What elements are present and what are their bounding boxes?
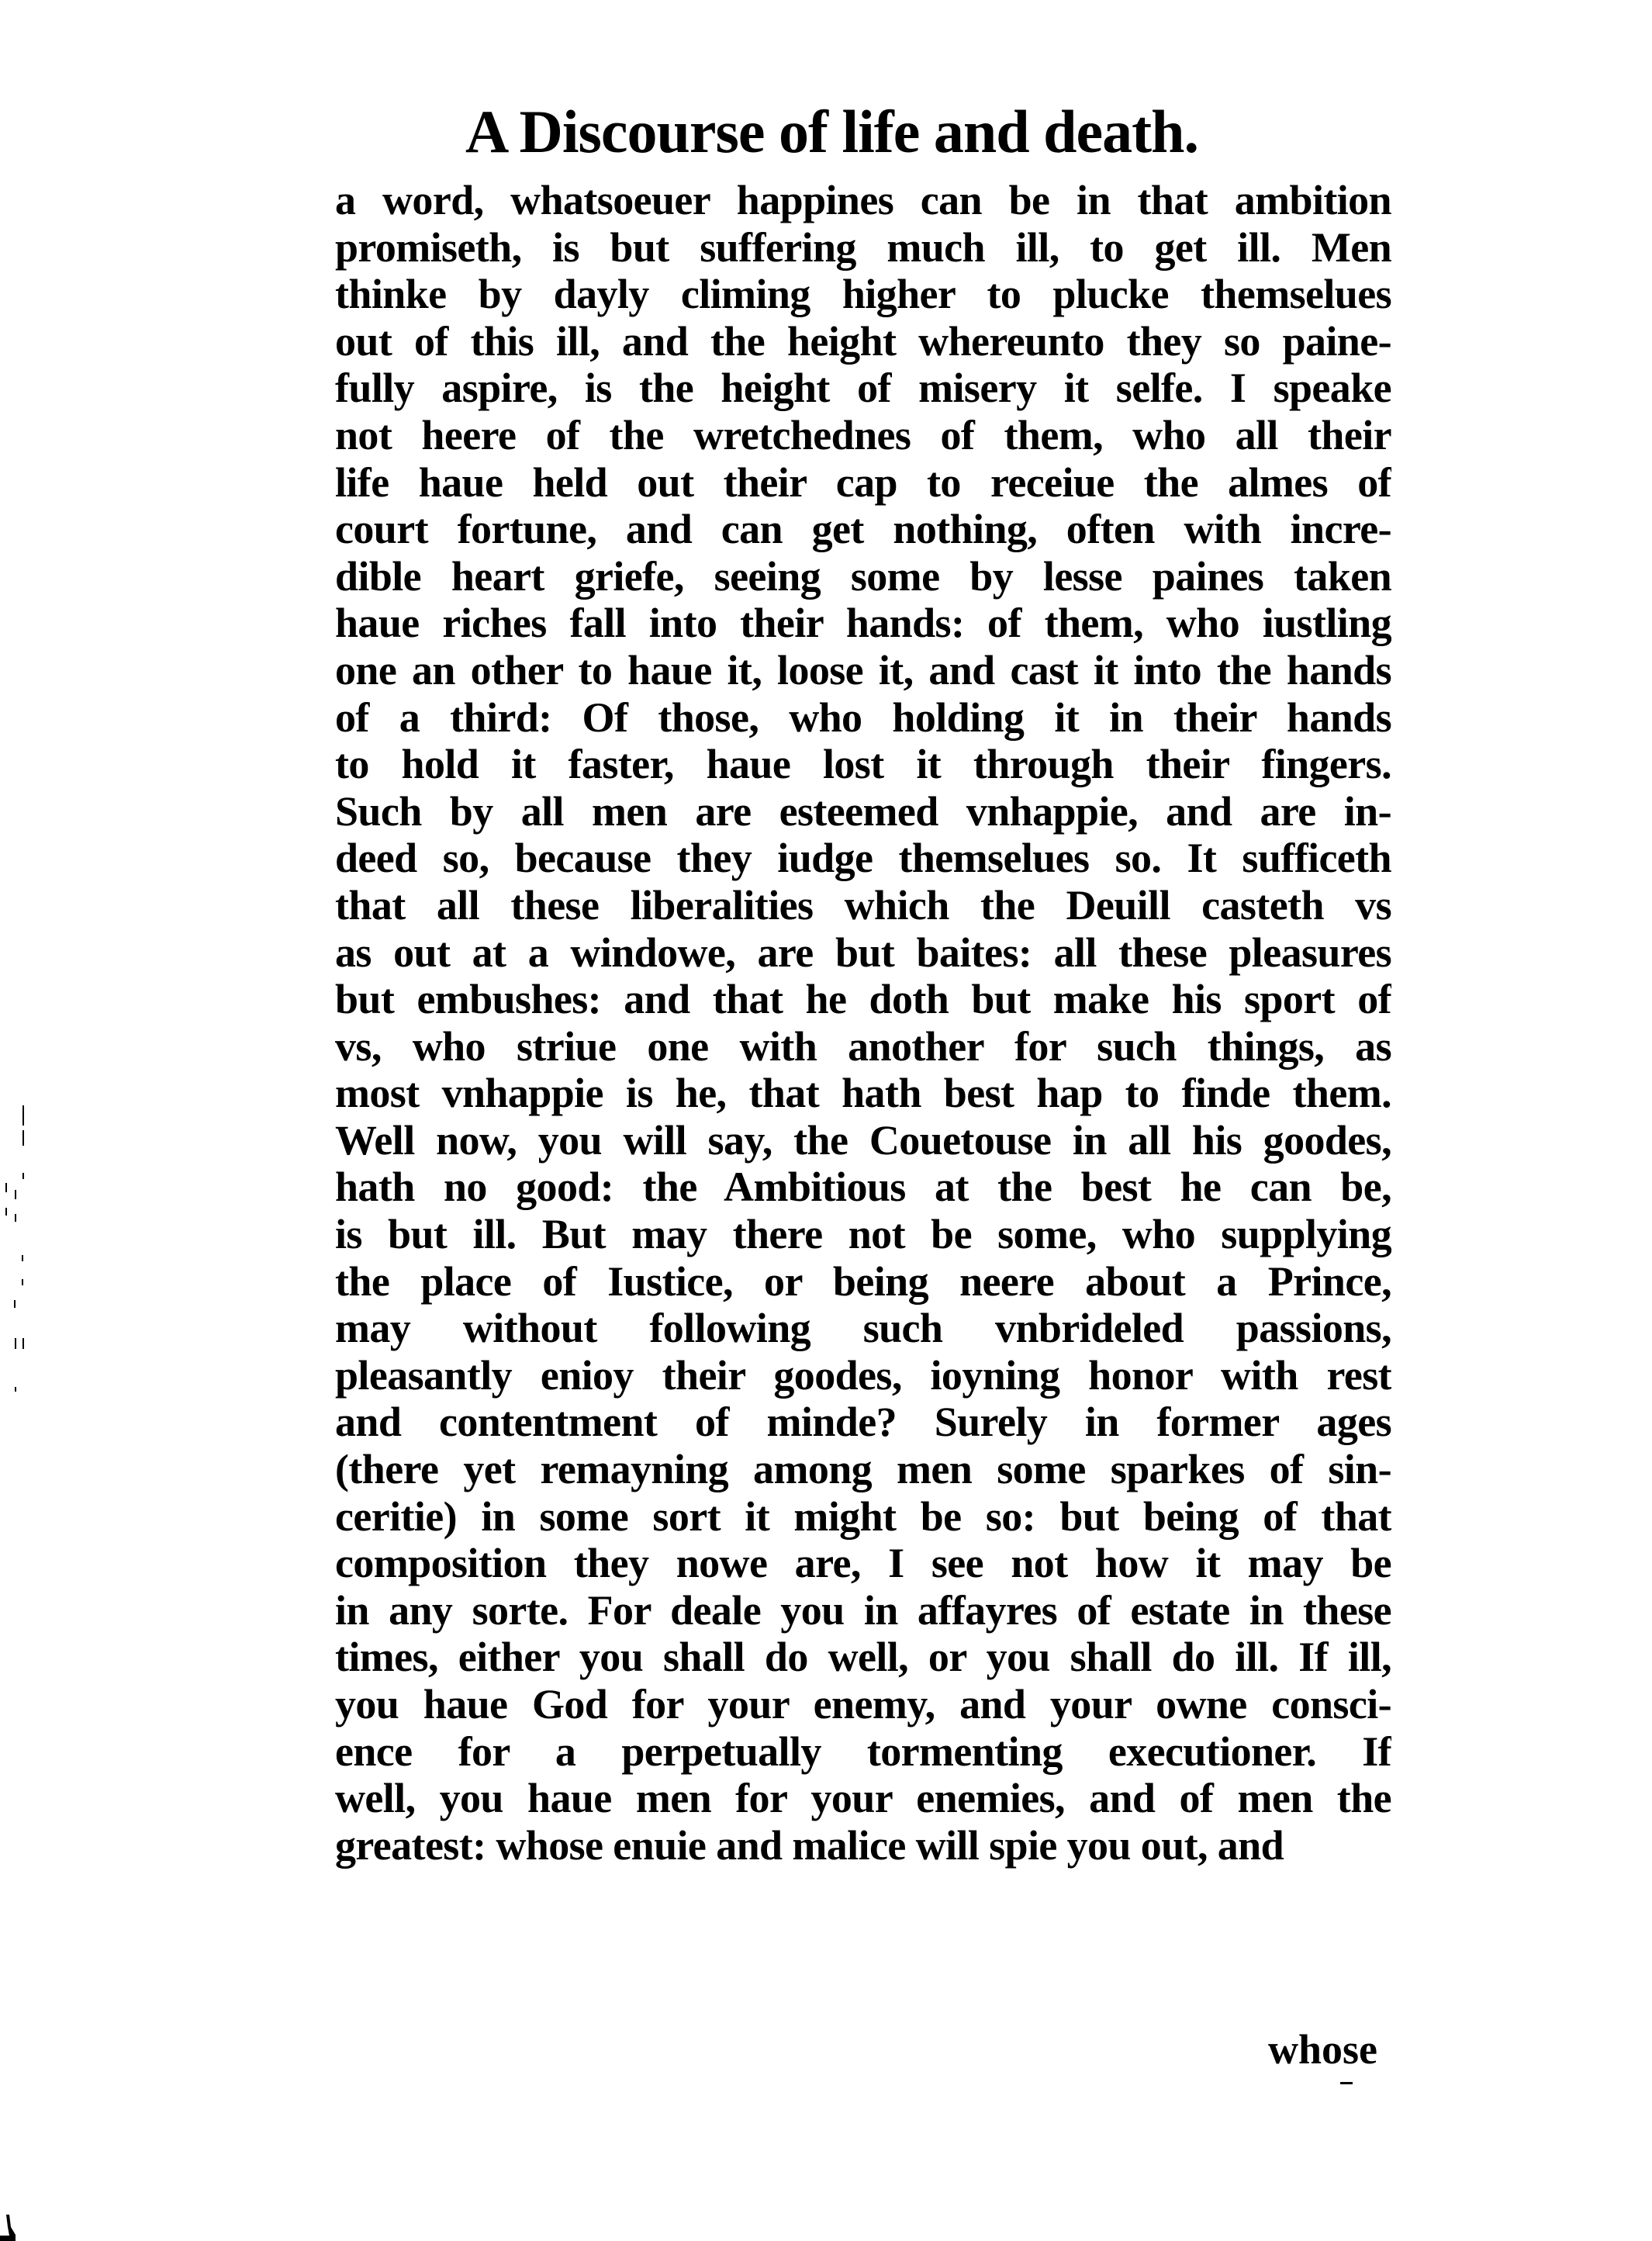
text-line: vs, who striue one with another for such… (335, 1023, 1391, 1070)
text-line: fully aspire, is the height of misery it… (335, 365, 1391, 412)
text-line: most vnhappie is he, that hath best hap … (335, 1070, 1391, 1117)
text-line: Well now, you will say, the Couetouse in… (335, 1117, 1391, 1164)
text-line: dible heart griefe, seeing some by lesse… (335, 553, 1391, 600)
text-line: that all these liberalities which the De… (335, 882, 1391, 929)
book-page: A Discourse of life and death. a word, w… (0, 0, 1652, 2241)
text-line: hath no good: the Ambitious at the best … (335, 1164, 1391, 1211)
footer-mark (1340, 2082, 1353, 2084)
text-line: ceritie) in some sort it might be so: bu… (335, 1493, 1391, 1541)
catchword: whose (1268, 2026, 1377, 2073)
running-head: A Discourse of life and death. (465, 97, 1241, 167)
text-line: is but ill. But may there not be some, w… (335, 1211, 1391, 1258)
text-line: haue riches fall into their hands: of th… (335, 600, 1391, 647)
text-line: out of this ill, and the height whereunt… (335, 318, 1391, 365)
text-line: of a third: Of those, who holding it in … (335, 694, 1391, 742)
text-line: you haue God for your enemy, and your ow… (335, 1681, 1391, 1728)
body-text: a word, whatsoeuer happines can be in th… (335, 177, 1391, 1869)
text-line: deed so, because they iudge themselues s… (335, 835, 1391, 882)
text-line: Such by all men are esteemed vnhappie, a… (335, 788, 1391, 835)
text-line: may without following such vnbrideled pa… (335, 1305, 1391, 1352)
text-line: a word, whatsoeuer happines can be in th… (335, 177, 1391, 224)
text-line: the place of Iustice, or being neere abo… (335, 1258, 1391, 1306)
text-line: composition they nowe are, I see not how… (335, 1540, 1391, 1587)
text-line: life haue held out their cap to receiue … (335, 459, 1391, 507)
text-line: and contentment of minde? Surely in form… (335, 1399, 1391, 1446)
text-line: thinke by dayly climing higher to plucke… (335, 271, 1391, 318)
text-line: well, you haue men for your enemies, and… (335, 1775, 1391, 1822)
margin-scan-artifacts (0, 1070, 47, 1396)
text-line: greatest: whose enuie and malice will sp… (335, 1822, 1391, 1869)
text-line: (there yet remayning among men some spar… (335, 1446, 1391, 1493)
scan-corner-artifact (0, 2215, 17, 2241)
text-line: promiseth, is but suffering much ill, to… (335, 224, 1391, 271)
text-line: pleasantly enioy their goodes, ioyning h… (335, 1352, 1391, 1399)
text-line: in any sorte. For deale you in affayres … (335, 1587, 1391, 1634)
text-line: ence for a perpetually tormenting execut… (335, 1728, 1391, 1776)
text-line: not heere of the wretchednes of them, wh… (335, 412, 1391, 459)
text-line: as out at a windowe, are but baites: all… (335, 929, 1391, 977)
text-line: times, either you shall do well, or you … (335, 1634, 1391, 1681)
text-line: to hold it faster, haue lost it through … (335, 741, 1391, 788)
text-line: court fortune, and can get nothing, ofte… (335, 506, 1391, 553)
text-line: but embushes: and that he doth but make … (335, 976, 1391, 1023)
text-line: one an other to haue it, loose it, and c… (335, 647, 1391, 694)
